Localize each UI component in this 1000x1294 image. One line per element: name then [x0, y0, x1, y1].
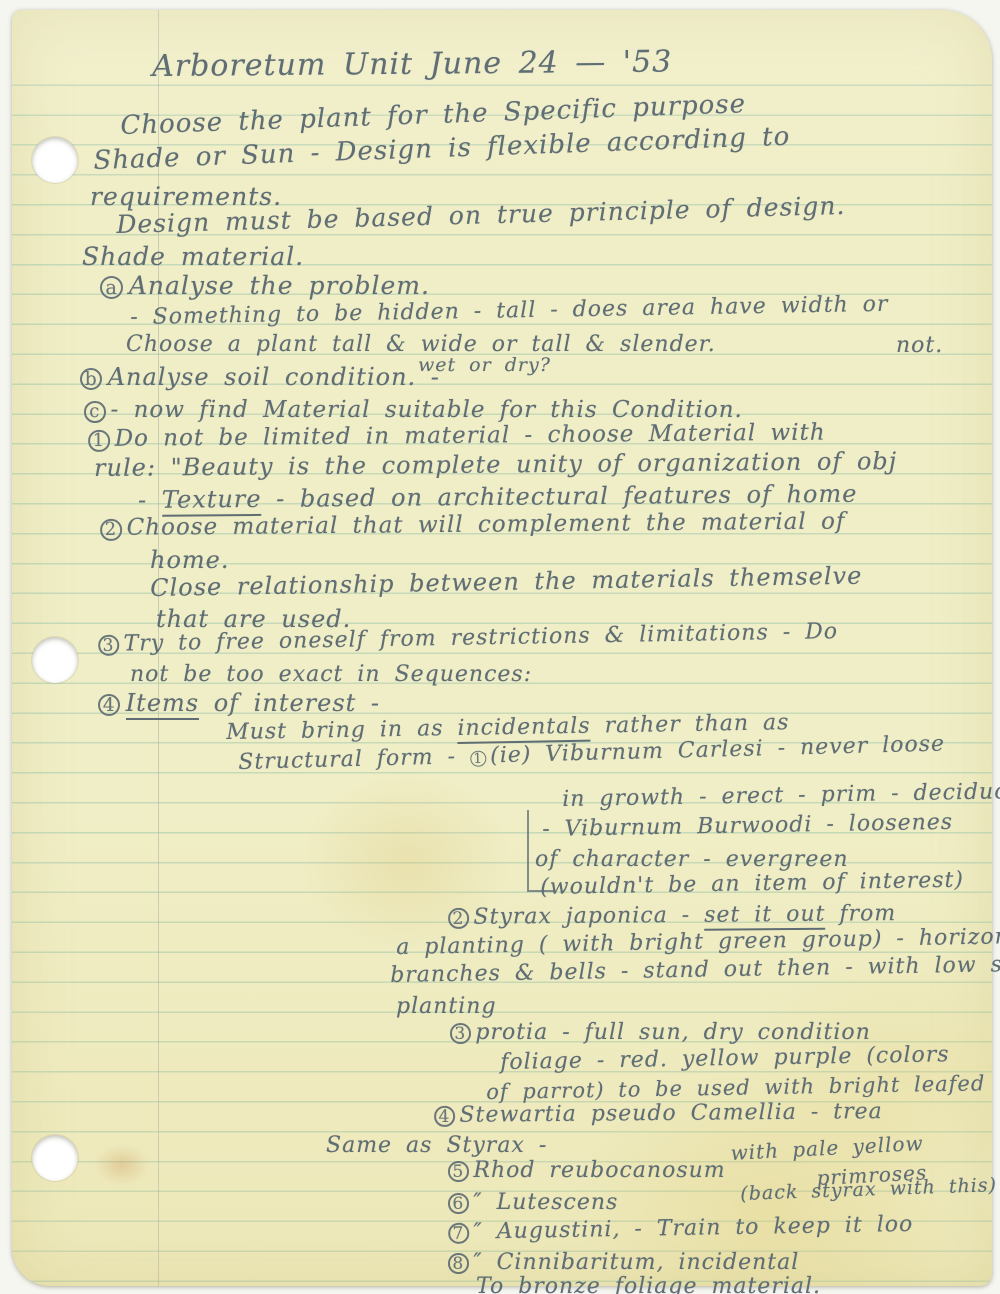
line-text: To bronze foliage material. [476, 1274, 821, 1294]
handwritten-line: Shade material. [82, 243, 304, 272]
handwritten-line: of character - evergreen [535, 847, 849, 872]
underlined-text: Items [126, 689, 199, 720]
handwritten-line: 5Rhod reubocanosum [448, 1158, 726, 1183]
underlined-text: incidentals [457, 714, 591, 744]
underlined-text: set it out [704, 902, 826, 931]
line-text: not. [896, 333, 943, 358]
handwritten-note-not: not. [896, 333, 943, 358]
line-text: home. [150, 546, 230, 574]
handwritten-line: c- now find Material suitable for this C… [84, 397, 743, 423]
page-title: Arboretum Unit June 24 — '53 [152, 45, 672, 84]
handwritten-line: 8″ Cinnibaritum, incidental [448, 1250, 799, 1275]
circled-6: 6 [448, 1193, 469, 1214]
line-text: Arboretum Unit June 24 — '53 [152, 44, 672, 84]
line-text: from [825, 901, 896, 927]
circled-c: c [84, 401, 106, 423]
line-text: Do not be limited in material - choose M… [115, 420, 826, 452]
circled-1: 1 [88, 430, 110, 452]
handwritten-line: 6″ Lutescens [448, 1190, 618, 1215]
handwritten-line: 3protia - full sun, dry condition [450, 1020, 871, 1045]
hole-punch-top [32, 137, 78, 183]
line-text: Analyse soil condition. - [108, 363, 440, 391]
circled-3: 3 [98, 635, 119, 656]
hole-punch-middle [32, 637, 78, 683]
line-text: Rhod reubocanosum [473, 1158, 725, 1183]
line-text: of interest - [199, 689, 380, 717]
line-text: Stewartia pseudo Camellia - trea [459, 1099, 882, 1128]
line-text: Must bring in as [226, 716, 458, 745]
line-text: - [138, 486, 162, 514]
hole-punch-bottom [32, 1135, 78, 1181]
circled-3: 3 [450, 1023, 471, 1044]
line-text: - now find Material suitable for this Co… [111, 397, 743, 423]
handwritten-line: Same as Styrax - [326, 1133, 547, 1158]
line-text: rather than as [590, 710, 789, 738]
line-text: ″ Cinnibaritum, incidental [473, 1250, 799, 1275]
handwritten-line: 4Stewartia pseudo Camellia - trea [434, 1099, 883, 1128]
circled-2: 2 [100, 519, 122, 541]
line-text: - based on architectural features of hom… [261, 480, 857, 513]
circled-2: 2 [448, 908, 469, 929]
circled-1: 1 [470, 751, 487, 768]
handwritten-line: aAnalyse the problem. [100, 272, 430, 301]
circled-7: 7 [448, 1223, 469, 1244]
circled-4: 4 [434, 1106, 455, 1127]
circled-5: 5 [448, 1161, 469, 1182]
line-text: planting [396, 994, 497, 1019]
line-text: not be too exact in Sequences: [130, 662, 532, 687]
handwritten-line: planting [396, 994, 497, 1019]
line-text: of character - evergreen [535, 847, 849, 872]
circled-4: 4 [98, 694, 120, 716]
line-text: ″ Lutescens [473, 1190, 618, 1215]
underlined-text: Texture [162, 485, 262, 517]
handwritten-line: To bronze foliage material. [476, 1274, 821, 1294]
line-text: protia - full sun, dry condition [475, 1020, 870, 1045]
line-text: Shade material. [82, 242, 304, 271]
circled-8: 8 [448, 1253, 469, 1274]
circled-a: a [100, 276, 123, 299]
handwritten-line: 4Items of interest - [98, 690, 380, 718]
handwritten-line: 2Styrax japonica - set it out from [448, 901, 896, 930]
handwritten-line: home. [150, 547, 230, 575]
line-text: Styrax japonica - [473, 903, 704, 930]
handwritten-line: bAnalyse soil condition. - [80, 364, 440, 392]
circled-b: b [80, 368, 102, 390]
line-text: Same as Styrax - [326, 1133, 547, 1158]
line-text: Analyse the problem. [129, 271, 430, 300]
handwritten-line: not be too exact in Sequences: [130, 662, 532, 687]
